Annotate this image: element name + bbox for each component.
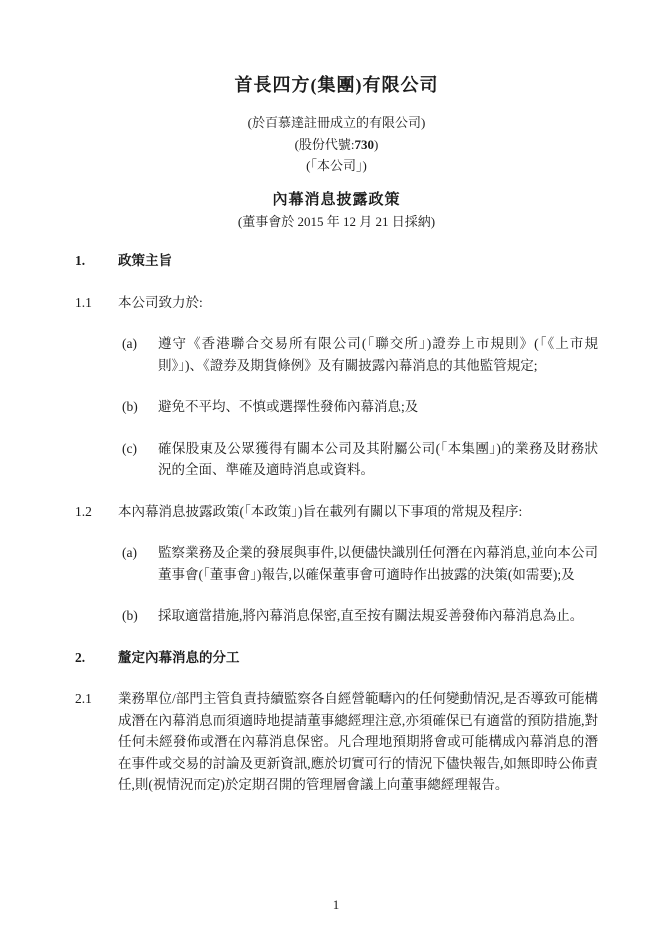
share-code-line: (股份代號:730) bbox=[75, 134, 598, 156]
incorporation-line: (於百慕達註冊成立的有限公司) bbox=[75, 112, 598, 134]
document-page: 首長四方(集團)有限公司 (於百慕達註冊成立的有限公司) (股份代號:730) … bbox=[0, 0, 672, 950]
policy-title: 內幕消息披露政策 bbox=[75, 189, 598, 211]
clause-1-1-b: (b) 避免不平均、不慎或選擇性發佈內幕消息;及 bbox=[122, 396, 598, 418]
subitem-label: (a) bbox=[122, 542, 158, 585]
page-number: 1 bbox=[333, 897, 340, 912]
clause-1-2-b: (b) 採取適當措施,將內幕消息保密,直至按有關法規妥善發佈內幕消息為止。 bbox=[122, 605, 598, 627]
subitem-label: (a) bbox=[122, 333, 158, 376]
section-title: 政策主旨 bbox=[118, 250, 598, 272]
clause-1-1: 1.1 本公司致力於: bbox=[75, 292, 598, 314]
short-name-line: (「本公司」) bbox=[75, 155, 598, 177]
document-body: 1. 政策主旨 1.1 本公司致力於: (a) 遵守《香港聯合交易所有限公司(「… bbox=[75, 232, 598, 796]
adoption-line: (董事會於 2015 年 12 月 21 日採納) bbox=[75, 211, 598, 233]
subitem-text: 確保股東及公眾獲得有關本公司及其附屬公司(「本集團」)的業務及財務狀況的全面、準… bbox=[158, 438, 598, 481]
subitem-text: 遵守《香港聯合交易所有限公司(「聯交所」)證券上市規則》(「《上市規則》」)、《… bbox=[158, 333, 598, 376]
subitem-label: (b) bbox=[122, 396, 158, 418]
subitem-text: 採取適當措施,將內幕消息保密,直至按有關法規妥善發佈內幕消息為止。 bbox=[158, 605, 598, 627]
subitem-text: 避免不平均、不慎或選擇性發佈內幕消息;及 bbox=[158, 396, 598, 418]
clause-text: 本公司致力於: bbox=[118, 292, 598, 314]
company-name: 首長四方(集團)有限公司 bbox=[75, 72, 598, 98]
clause-1-1-c: (c) 確保股東及公眾獲得有關本公司及其附屬公司(「本集團」)的業務及財務狀況的… bbox=[122, 438, 598, 481]
subitem-text: 監察業務及企業的發展與事件,以便儘快識別任何潛在內幕消息,並向本公司董事會(「董… bbox=[158, 542, 598, 585]
section-2-heading: 2. 釐定內幕消息的分工 bbox=[75, 647, 598, 669]
clause-1-1-a: (a) 遵守《香港聯合交易所有限公司(「聯交所」)證券上市規則》(「《上市規則》… bbox=[122, 333, 598, 376]
clause-text: 本內幕消息披露政策(「本政策」)旨在載列有關以下事項的常規及程序: bbox=[118, 501, 598, 523]
clause-text: 業務單位/部門主管負責持續監察各自經營範疇內的任何變動情況,是否導致可能構成潛在… bbox=[118, 688, 598, 796]
clause-1-2-a: (a) 監察業務及企業的發展與事件,以便儘快識別任何潛在內幕消息,並向本公司董事… bbox=[122, 542, 598, 585]
section-number: 2. bbox=[75, 647, 118, 669]
clause-number: 1.1 bbox=[75, 292, 118, 314]
section-1-heading: 1. 政策主旨 bbox=[75, 250, 598, 272]
section-number: 1. bbox=[75, 250, 118, 272]
page-footer: 1 bbox=[0, 897, 672, 913]
share-code-value: 730 bbox=[355, 137, 375, 152]
share-code-suffix: ) bbox=[374, 137, 378, 152]
clause-2-1: 2.1 業務單位/部門主管負責持續監察各自經營範疇內的任何變動情況,是否導致可能… bbox=[75, 688, 598, 796]
subitem-label: (c) bbox=[122, 438, 158, 481]
clause-number: 1.2 bbox=[75, 501, 118, 523]
section-title: 釐定內幕消息的分工 bbox=[118, 647, 598, 669]
document-header: 首長四方(集團)有限公司 (於百慕達註冊成立的有限公司) (股份代號:730) … bbox=[75, 72, 598, 232]
clause-number: 2.1 bbox=[75, 688, 118, 796]
clause-1-2: 1.2 本內幕消息披露政策(「本政策」)旨在載列有關以下事項的常規及程序: bbox=[75, 501, 598, 523]
share-code-prefix: (股份代號: bbox=[295, 137, 355, 152]
subitem-label: (b) bbox=[122, 605, 158, 627]
